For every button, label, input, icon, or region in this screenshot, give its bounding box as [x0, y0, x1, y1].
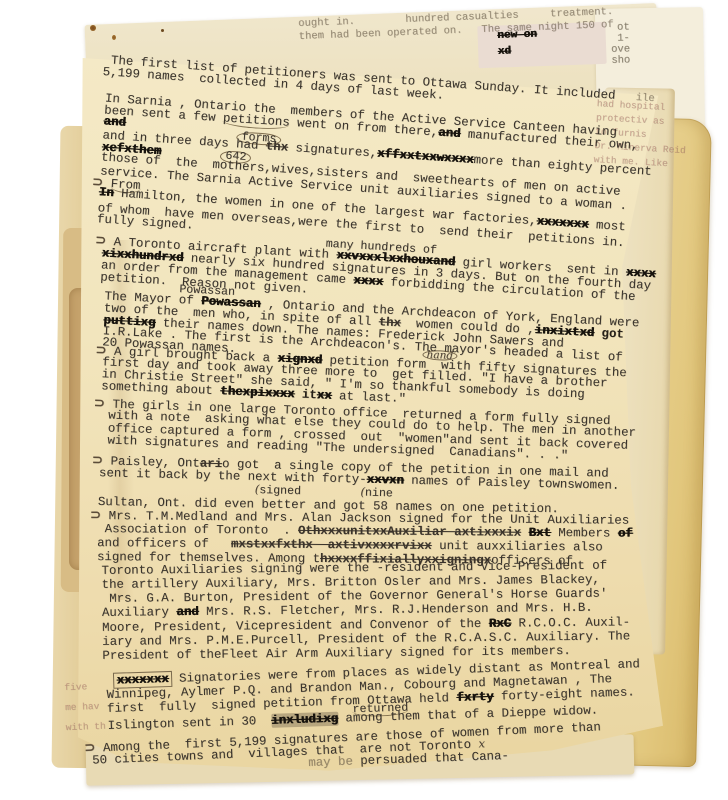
paper-stain-speck [161, 29, 164, 32]
background-paper-fragment-pink [477, 22, 606, 68]
typescript-page [78, 50, 663, 775]
paper-stain-speck [90, 25, 96, 31]
photo-of-archival-typescript: ought in. hundred casualties treatment.t… [0, 0, 728, 800]
paper-stain-speck [112, 35, 116, 40]
page-fold-shadow [108, 240, 134, 600]
